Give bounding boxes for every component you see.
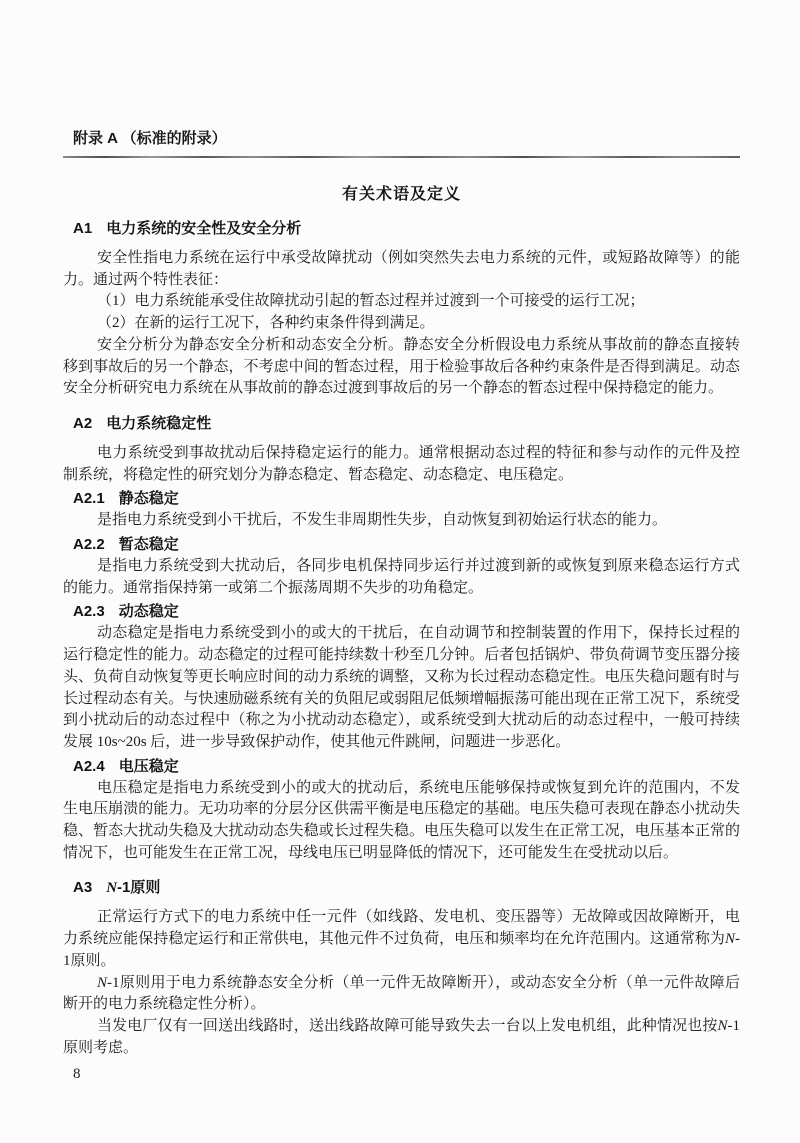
paragraph: 是指电力系统受到小干扰后，不发生非周期性失步，自动恢复到初始运行状态的能力。 [63, 510, 740, 532]
section-heading: A1电力系统的安全性及安全分析 [73, 218, 740, 240]
page-number: 8 [73, 1065, 740, 1083]
paragraph: 正常运行方式下的电力系统中任一元件（如线路、发电机、变压器等）无故障或因故障断开… [63, 907, 740, 972]
section-title: 电压稳定 [119, 758, 179, 775]
paragraph: 电力系统受到事故扰动后保持稳定运行的能力。通常根据动态过程的特征和参与动作的元件… [63, 443, 740, 486]
terms-definitions-body: A1电力系统的安全性及安全分析 安全性指电力系统在运行中承受故障扰动（例如突然失… [63, 218, 740, 1059]
section-title: 静态稳定 [119, 490, 179, 507]
section-title: 暂态稳定 [119, 536, 179, 553]
section-heading: A2电力系统稳定性 [73, 413, 740, 435]
section-number: A1 [73, 220, 92, 237]
section-heading: A2.2暂态稳定 [73, 534, 740, 556]
paragraph: 安全性指电力系统在运行中承受故障扰动（例如突然失去电力系统的元件，或短路故障等）… [63, 248, 740, 291]
paragraph: N-1原则用于电力系统静态安全分析（单一元件无故障断开），或动态安全分析（单一元… [63, 973, 740, 1016]
paragraph: 当发电厂仅有一回送出线路时，送出线路故障可能导致失去一台以上发电机组，此种情况也… [63, 1016, 740, 1059]
section: A2.2暂态稳定 是指电力系统受到大扰动后，各同步电机保持同步运行并过渡到新的或… [63, 534, 740, 599]
paragraph: 是指电力系统受到大扰动后，各同步电机保持同步运行并过渡到新的或恢复到原来稳态运行… [63, 556, 740, 599]
divider-rule [63, 156, 740, 158]
section-heading: A2.4电压稳定 [73, 756, 740, 778]
section: A2.3动态稳定 动态稳定是指电力系统受到小的或大的干扰后，在自动调节和控制装置… [63, 601, 740, 753]
section-number: A2.4 [73, 758, 105, 775]
section-number: A2 [73, 415, 92, 432]
section-heading: A2.3动态稳定 [73, 601, 740, 623]
section: A1电力系统的安全性及安全分析 安全性指电力系统在运行中承受故障扰动（例如突然失… [63, 218, 740, 400]
paragraph: 动态稳定是指电力系统受到小的或大的干扰后，在自动调节和控制装置的作用下，保持长过… [63, 623, 740, 753]
section-title: N-1原则 [106, 879, 160, 896]
paragraph: 安全分析分为静态安全分析和动态安全分析。静态安全分析假设电力系统从事故前的静态直… [63, 335, 740, 400]
appendix-label: 附录 A （标准的附录） [73, 130, 740, 147]
section-number: A2.3 [73, 603, 105, 620]
section-number: A2.2 [73, 536, 105, 553]
paragraph: （2）在新的运行工况下，各种约束条件得到满足。 [63, 313, 740, 335]
page-header: 附录 A （标准的附录） 有关术语及定义 [63, 130, 740, 205]
paragraph: 电压稳定是指电力系统受到小的或大的扰动后，系统电压能够保持或恢复到允许的范围内，… [63, 778, 740, 865]
section-title: 动态稳定 [119, 603, 179, 620]
section-heading: A3N-1原则 [73, 877, 740, 899]
section: A3N-1原则 正常运行方式下的电力系统中任一元件（如线路、发电机、变压器等）无… [63, 877, 740, 1059]
section-title: 电力系统的安全性及安全分析 [106, 220, 301, 237]
section-number: A2.1 [73, 490, 105, 507]
section-title: 电力系统稳定性 [106, 415, 211, 432]
section: A2.1静态稳定 是指电力系统受到小干扰后，不发生非周期性失步，自动恢复到初始运… [63, 488, 740, 532]
paragraph: （1）电力系统能承受住故障扰动引起的暂态过程并过渡到一个可接受的运行工况； [63, 291, 740, 313]
section-number: A3 [73, 879, 92, 896]
section: A2电力系统稳定性 电力系统受到事故扰动后保持稳定运行的能力。通常根据动态过程的… [63, 413, 740, 486]
section: A2.4电压稳定 电压稳定是指电力系统受到小的或大的扰动后，系统电压能够保持或恢… [63, 756, 740, 865]
section-heading: A2.1静态稳定 [73, 488, 740, 510]
document-title: 有关术语及定义 [63, 185, 740, 205]
document-page: 附录 A （标准的附录） 有关术语及定义 A1电力系统的安全性及安全分析 安全性… [0, 0, 800, 1143]
